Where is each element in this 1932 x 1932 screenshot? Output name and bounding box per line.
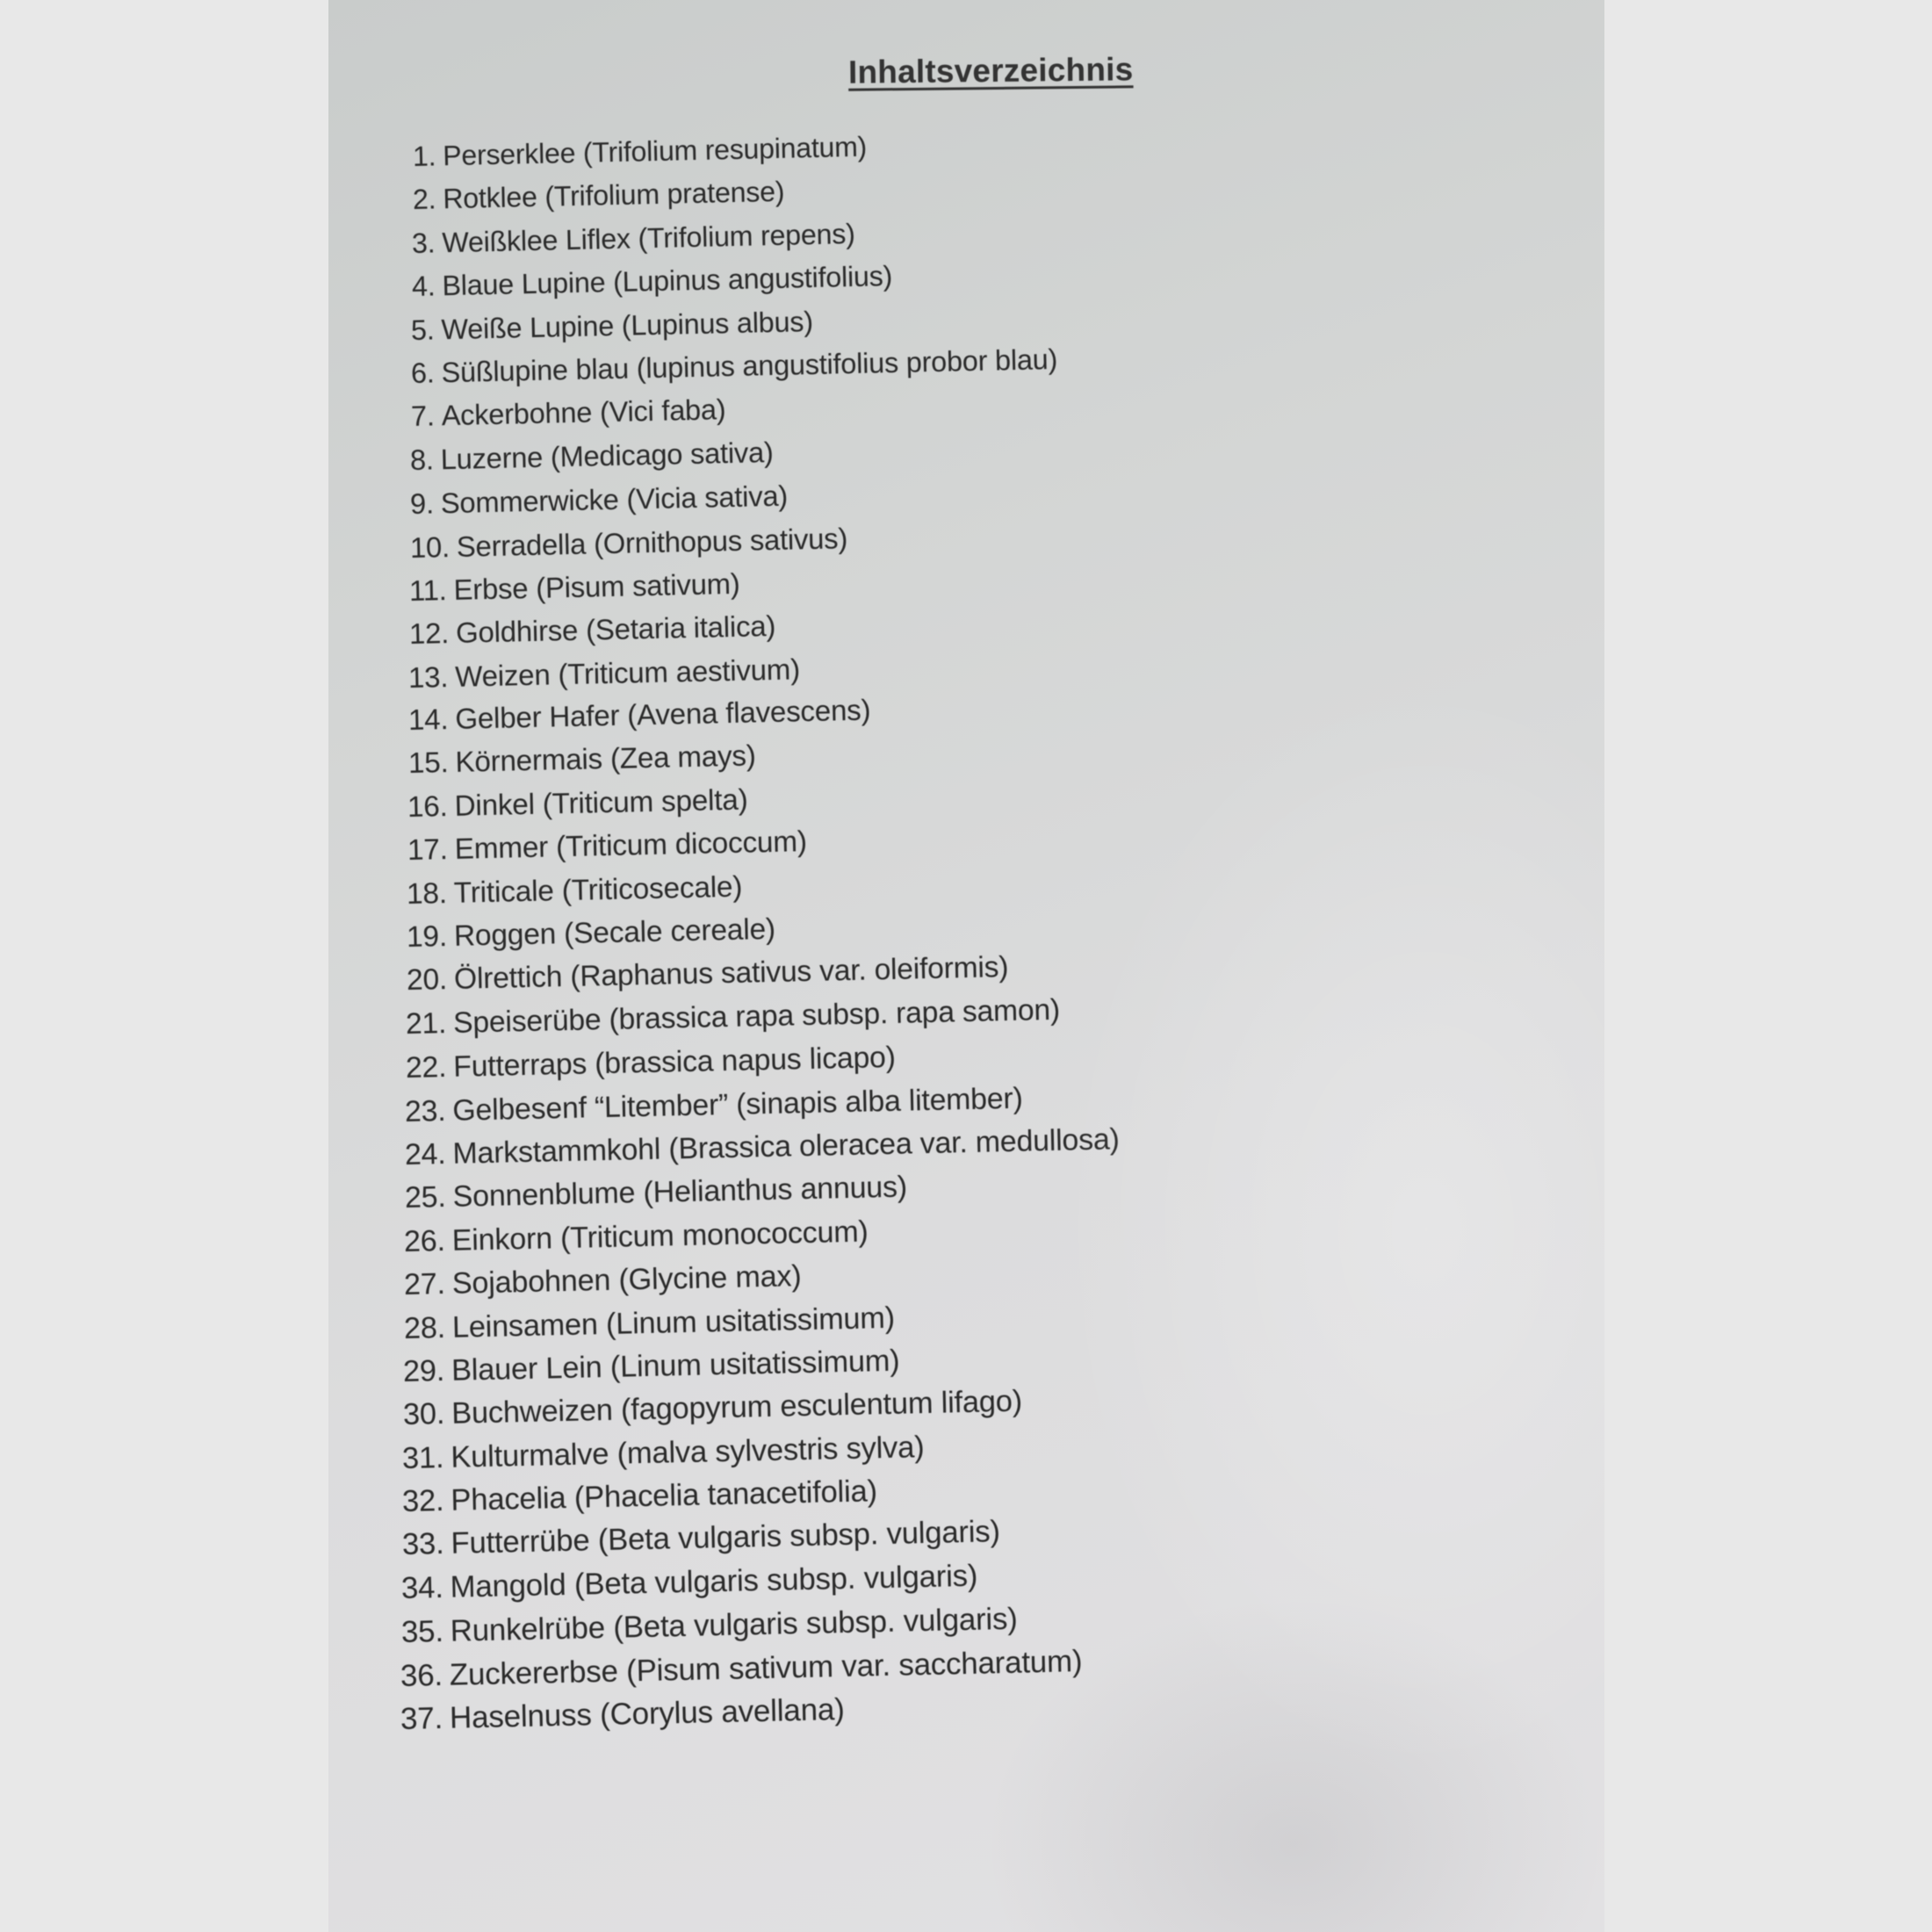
toc-entry: 11.Erbse (Pisum sativum) <box>409 567 740 608</box>
toc-entry: 22.Futterraps (brassica napus licapo) <box>405 1041 895 1085</box>
toc-entry: 5.Weiße Lupine (Lupinus albus) <box>411 306 814 347</box>
toc-entry-number: 7. <box>410 400 434 433</box>
toc-entry: 16.Dinkel (Triticum spelta) <box>407 783 748 824</box>
toc-entry-number: 26. <box>404 1224 446 1258</box>
toc-entry-latin-name: (brassica napus licapo) <box>595 1041 896 1080</box>
toc-entry-latin-name: (Corylus avellana) <box>600 1692 845 1732</box>
toc-entry-number: 32. <box>402 1484 444 1518</box>
toc-entry-number: 33. <box>401 1527 443 1561</box>
toc-entry-name: Zuckererbse <box>450 1654 619 1691</box>
toc-entry-name: Perserklee <box>443 137 576 171</box>
toc-entry-latin-name: (Linum usitatissimum) <box>610 1344 900 1384</box>
toc-entry-number: 35. <box>400 1614 443 1649</box>
toc-entry-number: 9. <box>409 487 434 521</box>
toc-entry-latin-name: (Triticum spelta) <box>543 783 748 820</box>
toc-entry: 37.Haselnuss (Corylus avellana) <box>400 1692 845 1737</box>
page-title: Inhaltsverzeichnis <box>848 51 1134 90</box>
toc-entry: 2.Rotklee (Trifolium pratense) <box>412 176 784 216</box>
toc-entry-number: 31. <box>402 1441 444 1475</box>
toc-entry: 31.Kulturmalve (malva sylvestris sylva) <box>402 1431 925 1476</box>
toc-entry: 10.Serradella (Ornithopus sativus) <box>409 522 847 565</box>
paper-sheet: Inhaltsverzeichnis 1.Perserklee (Trifoli… <box>328 0 1604 1932</box>
toc-entry: 6.Süßlupine blau (lupinus angustifolius … <box>411 343 1058 390</box>
toc-entry-name: Triticale <box>454 875 555 909</box>
toc-entry-name: Runkelrübe <box>450 1611 605 1648</box>
toc-entry-latin-name: (Beta vulgaris subsp. vulgaris) <box>597 1516 1000 1558</box>
toc-entry-latin-name: (brassica rapa subsp. rapa samon) <box>609 994 1060 1036</box>
toc-entry: 34.Mangold (Beta vulgaris subsp. vulgari… <box>401 1560 978 1606</box>
toc-entry-name: Süßlupine blau <box>441 353 629 389</box>
toc-entry-latin-name: (Helianthus annuus) <box>643 1171 907 1210</box>
toc-entry-latin-name: (Lupinus albus) <box>622 306 814 342</box>
toc-entry-number: 24. <box>405 1137 446 1171</box>
toc-entry-name: Dinkel <box>454 789 535 823</box>
toc-entry-latin-name: (Setaria italica) <box>585 609 775 646</box>
toc-entry-latin-name: (Beta vulgaris subsp. vulgaris) <box>574 1560 978 1602</box>
toc-entry: 18.Triticale (Triticosecale) <box>407 870 743 911</box>
toc-entry-latin-name: (Vici faba) <box>599 394 725 429</box>
toc-entry-name: Weißklee Liflex <box>442 222 631 258</box>
toc-entry-name: Buchweizen <box>451 1394 613 1431</box>
toc-entry-name: Sonnenblume <box>452 1177 635 1215</box>
toc-entry-latin-name: (Vicia sativa) <box>626 479 788 515</box>
toc-entry-name: Weizen <box>455 658 551 692</box>
toc-entry-number: 21. <box>406 1007 447 1041</box>
toc-entry-number: 12. <box>408 616 449 650</box>
toc-entry-number: 5. <box>411 314 435 346</box>
toc-entry-name: Serradella <box>456 527 586 562</box>
toc-entry-number: 29. <box>403 1354 445 1388</box>
toc-entry-name: Blaue Lupine <box>442 266 606 301</box>
toc-entry-name: Ackerbohne <box>441 397 592 432</box>
toc-entry-latin-name: (malva sylvestris sylva) <box>617 1431 926 1471</box>
toc-entry: 15.Körnermais (Zea mays) <box>407 740 755 782</box>
toc-entry-name: Kulturmalve <box>451 1438 609 1474</box>
toc-entry-number: 13. <box>408 660 449 694</box>
toc-entry-latin-name: (Triticum dicoccum) <box>555 825 806 863</box>
toc-entry: 28.Leinsamen (Linum usitatissimum) <box>403 1301 895 1345</box>
toc-entry-number: 22. <box>405 1050 446 1085</box>
photo-background: Inhaltsverzeichnis 1.Perserklee (Trifoli… <box>0 0 1932 1932</box>
toc-entry-name: Erbse <box>453 572 529 606</box>
toc-entry: 30.Buchweizen (fagopyrum esculentum lifa… <box>402 1385 1022 1432</box>
toc-entry-latin-name: (lupinus angustifolius probor blau) <box>636 343 1057 384</box>
toc-entry-name: Gelbesenf “Litember” <box>452 1088 729 1128</box>
toc-entry-number: 30. <box>402 1397 444 1431</box>
toc-entry-latin-name: (Glycine max) <box>618 1259 802 1297</box>
toc-entry-name: Körnermais <box>455 744 602 780</box>
toc-entry: 9.Sommerwicke (Vicia sativa) <box>409 479 788 521</box>
toc-entry: 21.Speiserübe (brassica rapa subsp. rapa… <box>406 994 1061 1042</box>
toc-entry-latin-name: (Trifolium repens) <box>638 218 855 254</box>
toc-entry: 26.Einkorn (Triticum monococcum) <box>404 1215 869 1259</box>
document-content: Inhaltsverzeichnis 1.Perserklee (Trifoli… <box>328 0 1604 1932</box>
toc-entry: 7.Ackerbohne (Vici faba) <box>410 394 725 434</box>
toc-entry-name: Sommerwicke <box>440 483 619 519</box>
toc-entry-latin-name: (Triticosecale) <box>562 870 743 906</box>
toc-entry-number: 20. <box>406 963 447 997</box>
toc-entry-number: 19. <box>407 920 448 954</box>
toc-entry-latin-name: (Linum usitatissimum) <box>605 1301 895 1340</box>
toc-entry-name: Futterraps <box>453 1048 588 1084</box>
toc-entry-name: Sojabohnen <box>451 1264 610 1301</box>
toc-entry-name: Phacelia <box>451 1481 566 1517</box>
toc-entry-latin-name: (Trifolium resupinatum) <box>583 131 868 169</box>
toc-entry: 14.Gelber Hafer (Avena flavescens) <box>408 695 871 738</box>
toc-entry-latin-name: (Secale cereale) <box>564 913 775 950</box>
toc-entry-number: 28. <box>403 1310 445 1344</box>
toc-entry-latin-name: (Trifolium pratense) <box>544 176 785 213</box>
toc-entry-name: Ölrettich <box>453 962 562 997</box>
toc-entry: 29.Blauer Lein (Linum usitatissimum) <box>403 1344 900 1389</box>
toc-entry-name: Speiserübe <box>453 1004 602 1040</box>
toc-entry-name: Rotklee <box>443 181 537 214</box>
toc-entry-latin-name: (Brassica oleracea var. medullosa) <box>668 1122 1120 1165</box>
toc-entry-number: 23. <box>405 1094 446 1128</box>
toc-entry-number: 3. <box>412 227 436 259</box>
toc-entry: 1.Perserklee (Trifolium resupinatum) <box>413 131 868 173</box>
toc-entry-number: 8. <box>410 443 435 476</box>
toc-entry-latin-name: (Phacelia tanacetifolia) <box>573 1474 877 1515</box>
toc-entry: 17.Emmer (Triticum dicoccum) <box>407 825 807 868</box>
toc-entry: 20.Ölrettich (Raphanus sativus var. olei… <box>406 951 1008 998</box>
toc-entry-number: 4. <box>411 270 435 303</box>
toc-entry-number: 36. <box>400 1658 443 1693</box>
toc-entry-number: 14. <box>408 703 449 737</box>
toc-entry-name: Weiße Lupine <box>442 310 615 345</box>
toc-entry-number: 34. <box>401 1571 444 1605</box>
toc-entry: 8.Luzerne (Medicago sativa) <box>410 436 774 477</box>
toc-entry-name: Haselnuss <box>450 1698 592 1735</box>
toc-entry-name: Futterrübe <box>451 1525 590 1561</box>
toc-entry: 36.Zuckererbse (Pisum sativum var. sacch… <box>400 1644 1083 1694</box>
toc-entry-latin-name: (Ornithopus sativus) <box>593 522 847 559</box>
toc-entry: 12.Goldhirse (Setaria italica) <box>408 609 775 651</box>
toc-entry-latin-name: (Beta vulgaris subsp. vulgaris) <box>613 1602 1018 1645</box>
toc-entry-name: Goldhirse <box>455 614 578 649</box>
toc-entry-name: Leinsamen <box>451 1308 598 1344</box>
toc-entry-number: 10. <box>409 530 450 564</box>
toc-entry-latin-name: (Lupinus angustifolius) <box>613 260 893 298</box>
toc-entry: 33.Futterrübe (Beta vulgaris subsp. vulg… <box>401 1516 1000 1563</box>
toc-entry-latin-name: (Triticum aestivum) <box>558 652 800 690</box>
toc-entry-number: 25. <box>404 1180 445 1215</box>
toc-entry-latin-name: (Zea mays) <box>609 740 755 776</box>
toc-entry-name: Markstammkohl <box>452 1133 660 1171</box>
toc-entry: 25.Sonnenblume (Helianthus annuus) <box>404 1171 907 1215</box>
toc-entry-name: Emmer <box>454 832 548 866</box>
toc-entry-name: Gelber Hafer <box>455 700 620 736</box>
toc-entry-latin-name: (Raphanus sativus var. oleiformis) <box>570 951 1009 993</box>
toc-entry-number: 37. <box>400 1701 443 1736</box>
toc-entry: 4.Blaue Lupine (Lupinus angustifolius) <box>411 260 892 303</box>
toc-entry-number: 18. <box>407 877 448 911</box>
toc-entry-number: 1. <box>413 140 436 172</box>
toc-entry-latin-name: (Triticum monococcum) <box>560 1215 869 1255</box>
toc-entry: 35.Runkelrübe (Beta vulgaris subsp. vulg… <box>400 1602 1017 1650</box>
toc-entry: 3.Weißklee Liflex (Trifolium repens) <box>412 218 855 260</box>
toc-entry-number: 27. <box>403 1267 445 1301</box>
toc-entry-latin-name: (sinapis alba litember) <box>736 1081 1023 1121</box>
toc-entry-name: Roggen <box>454 918 557 953</box>
toc-entry-latin-name: (fagopyrum esculentum lifago) <box>620 1385 1022 1427</box>
toc-entry-latin-name: (Medicago sativa) <box>551 436 774 473</box>
toc-entry-number: 15. <box>407 746 448 780</box>
toc-entry: 27.Sojabohnen (Glycine max) <box>403 1259 801 1302</box>
toc-entry: 13.Weizen (Triticum aestivum) <box>408 652 801 695</box>
toc-entry-number: 6. <box>411 357 435 389</box>
toc-entry: 24.Markstammkohl (Brassica oleracea var.… <box>405 1122 1120 1172</box>
toc-entry-name: Mangold <box>450 1568 566 1604</box>
toc-entry-number: 2. <box>412 184 436 216</box>
toc-entry-latin-name: (Pisum sativum var. saccharatum) <box>626 1644 1083 1688</box>
toc-entry-number: 16. <box>407 790 448 824</box>
toc-entry-number: 11. <box>409 573 447 607</box>
toc-entry-name: Blauer Lein <box>451 1351 602 1388</box>
toc-entry-latin-name: (Pisum sativum) <box>536 567 740 604</box>
toc-entry-name: Einkorn <box>452 1222 553 1257</box>
toc-entry: 19.Roggen (Secale cereale) <box>407 913 776 955</box>
toc-entry: 32.Phacelia (Phacelia tanacetifolia) <box>402 1474 878 1519</box>
toc-entry: 23.Gelbesenf “Litember” (sinapis alba li… <box>405 1081 1023 1128</box>
toc-entry-number: 17. <box>407 833 448 867</box>
toc-entry-name: Luzerne <box>441 441 544 475</box>
toc-entry-latin-name: (Avena flavescens) <box>627 695 871 732</box>
